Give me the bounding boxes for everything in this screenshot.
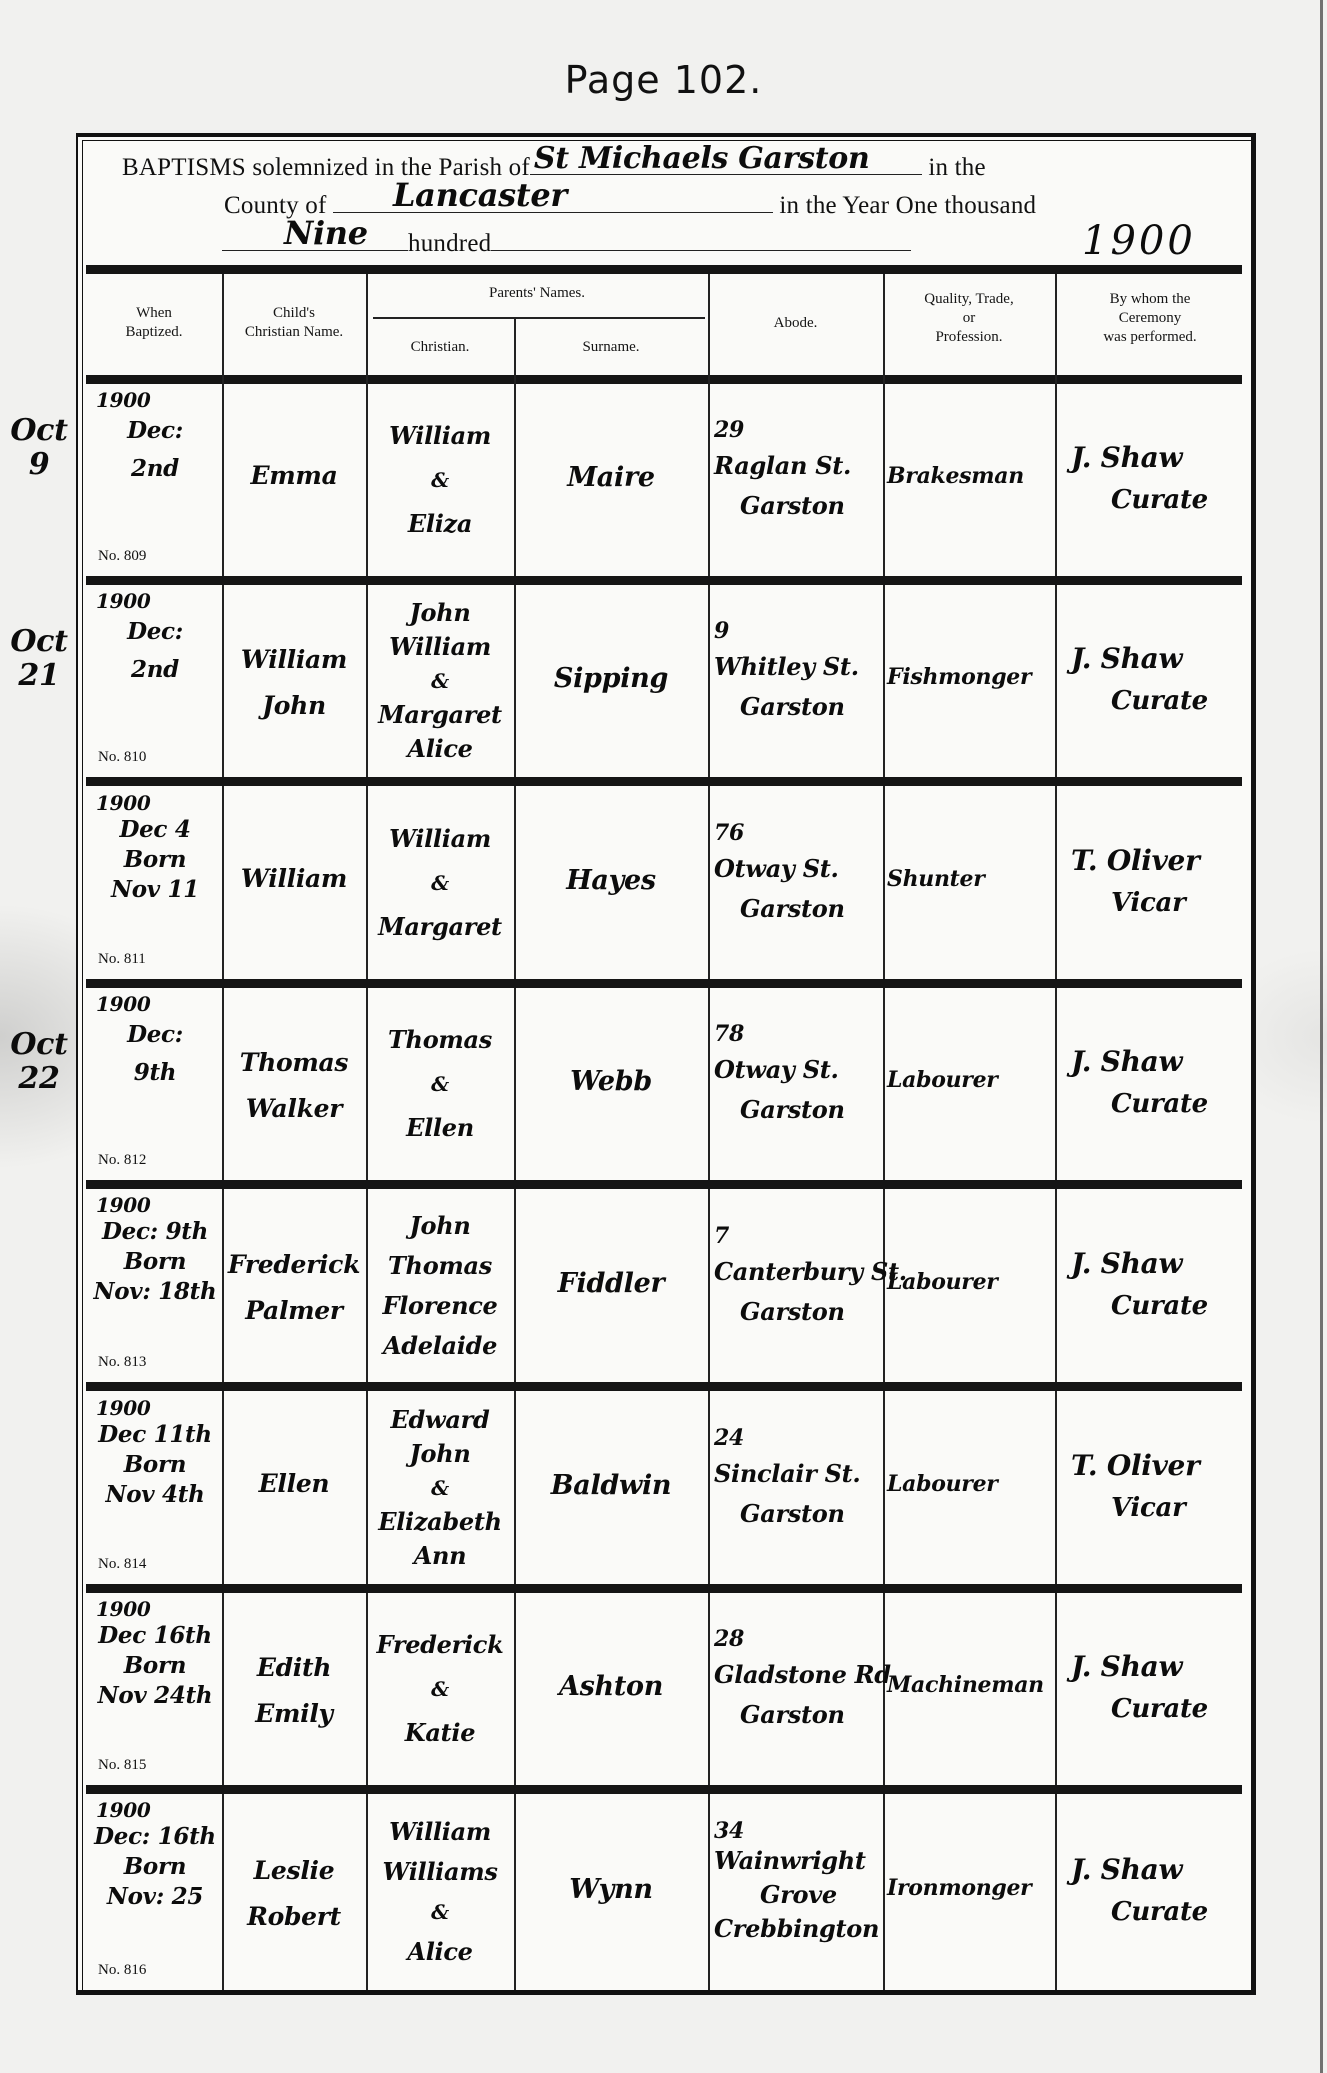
handwritten-line: Curate: [1057, 1689, 1250, 1729]
handwritten-line: Thomas: [368, 1018, 512, 1062]
cell-surname: Fiddler: [516, 1264, 706, 1304]
handwritten-line: Otway St.: [710, 849, 881, 889]
col-head-parents-surname: Surname.: [514, 338, 708, 357]
table-row: 1900Dec:9thNo. 812ThomasWalkerThomas&Ell…: [0, 988, 1327, 1180]
handwritten-line: J. Shaw: [1057, 1848, 1250, 1892]
column-header-rule: [86, 375, 1242, 384]
handwritten-line: Born: [90, 845, 220, 875]
handwritten-line: 1900: [90, 1798, 220, 1822]
handwritten-line: 9: [710, 615, 881, 647]
table-row: 1900Dec: 16thBornNov: 25No. 816LeslieRob…: [0, 1794, 1327, 1990]
handwritten-line: Thomas: [368, 1246, 512, 1286]
handwritten-line: Williams: [368, 1852, 512, 1892]
handwritten-line: Nov 4th: [90, 1480, 220, 1510]
cell-profession: Machineman: [885, 1665, 1053, 1705]
entry-number: No. 811: [98, 951, 146, 968]
col-head-performed-by: By whom the Ceremony was performed.: [1055, 290, 1245, 347]
handwritten-line: J. Shaw: [1057, 1645, 1250, 1689]
profession-text: Labourer: [885, 1060, 1053, 1100]
handwritten-line: Emma: [224, 456, 364, 496]
handwritten-line: 28: [710, 1623, 881, 1655]
row-separator-rule: [86, 576, 1242, 585]
col-head-parents-names: Parents' Names.: [366, 284, 708, 303]
cell-abode: 24Sinclair St.Garston: [710, 1422, 881, 1534]
margin-note-line: 22: [6, 1062, 72, 1096]
surname-text: Webb: [516, 1062, 706, 1102]
margin-note-line: 21: [6, 659, 72, 693]
cell-parents-christian: JohnThomasFlorenceAdelaide: [368, 1206, 512, 1366]
handwritten-line: Emily: [224, 1691, 364, 1737]
cell-abode: 9Whitley St.Garston: [710, 615, 881, 727]
handwritten-line: John: [368, 1206, 512, 1246]
handwritten-line: J. Shaw: [1057, 1040, 1250, 1084]
handwritten-line: Whitley St.: [710, 647, 881, 687]
handwritten-line: Nov: 18th: [90, 1277, 220, 1307]
cell-when-baptized: 1900Dec:2nd: [90, 589, 220, 689]
cell-profession: Fishmonger: [885, 657, 1053, 697]
handwritten-line: Ann: [368, 1539, 512, 1573]
cell-parents-christian: WilliamWilliams&Alice: [368, 1812, 512, 1972]
handwritten-line: Elizabeth: [368, 1505, 512, 1539]
surname-text: Maire: [516, 458, 706, 498]
cell-when-baptized: 1900Dec: 9thBornNov: 18th: [90, 1193, 220, 1307]
handwritten-line: 1900: [90, 1597, 220, 1621]
margin-note-line: Oct: [6, 414, 72, 448]
handwritten-line: Garston: [710, 1090, 881, 1130]
handwritten-line: J. Shaw: [1057, 1242, 1250, 1286]
cell-parents-christian: Frederick&Katie: [368, 1623, 512, 1755]
century-word: Nine: [284, 214, 368, 252]
entry-number: No. 816: [98, 1962, 146, 1979]
county-name: Lancaster: [393, 176, 567, 214]
cell-abode: 76Otway St.Garston: [710, 817, 881, 929]
handwritten-line: Walker: [224, 1086, 364, 1132]
handwritten-line: Sinclair St.: [710, 1454, 881, 1494]
cell-when-baptized: 1900Dec 11thBornNov 4th: [90, 1396, 220, 1510]
cell-when-baptized: 1900Dec 4BornNov 11: [90, 791, 220, 905]
handwritten-line: Robert: [224, 1894, 364, 1940]
handwritten-line: J. Shaw: [1057, 436, 1250, 480]
handwritten-line: William: [368, 414, 512, 458]
table-row: 1900Dec 16thBornNov 24thNo. 815EdithEmil…: [0, 1593, 1327, 1785]
profession-text: Ironmonger: [885, 1868, 1053, 1908]
cell-performed-by: J. ShawCurate: [1057, 637, 1250, 721]
cell-abode: 7Canterbury St.Garston: [710, 1220, 881, 1332]
cell-performed-by: J. ShawCurate: [1057, 1645, 1250, 1729]
cell-profession: Labourer: [885, 1262, 1053, 1302]
table-row: 1900Dec:2ndNo. 809EmmaWilliam&ElizaMaire…: [0, 384, 1327, 576]
handwritten-line: &: [368, 1471, 512, 1505]
cell-when-baptized: 1900Dec:9th: [90, 992, 220, 1092]
handwritten-line: 24: [710, 1422, 881, 1454]
entry-number: No. 814: [98, 1556, 146, 1573]
col-head-parents-christian: Christian.: [366, 338, 514, 357]
handwritten-line: Otway St.: [710, 1050, 881, 1090]
cell-surname: Ashton: [516, 1667, 706, 1707]
handwritten-line: 1900: [90, 1396, 220, 1420]
profession-text: Brakesman: [885, 456, 1053, 496]
col-head-profession: Quality, Trade, or Profession.: [883, 290, 1055, 347]
profession-text: Shunter: [885, 859, 1053, 899]
handwritten-line: Dec 11th: [90, 1420, 220, 1450]
cell-profession: Ironmonger: [885, 1868, 1053, 1908]
handwritten-line: Garston: [710, 687, 881, 727]
handwritten-line: Dec: 9th: [90, 1217, 220, 1247]
handwritten-line: Thomas: [224, 1040, 364, 1086]
handwritten-line: Born: [90, 1651, 220, 1681]
cell-performed-by: J. ShawCurate: [1057, 1848, 1250, 1932]
handwritten-line: 1900: [90, 589, 220, 613]
handwritten-line: John: [368, 596, 512, 630]
handwritten-line: Nov 11: [90, 875, 220, 905]
handwritten-line: 78: [710, 1018, 881, 1050]
handwritten-line: 1900: [90, 992, 220, 1016]
handwritten-line: Palmer: [224, 1288, 364, 1334]
handwritten-line: Wainwright: [710, 1844, 881, 1878]
parish-name: St Michaels Garston: [534, 141, 870, 176]
profession-text: Fishmonger: [885, 657, 1053, 697]
cell-profession: Brakesman: [885, 456, 1053, 496]
margin-note-line: Oct: [6, 625, 72, 659]
handwritten-line: Canterbury St.: [710, 1252, 881, 1292]
handwritten-line: John: [224, 683, 364, 729]
handwritten-line: Vicar: [1057, 1488, 1250, 1528]
margin-note-line: Oct: [6, 1028, 72, 1062]
cell-surname: Webb: [516, 1062, 706, 1102]
surname-text: Ashton: [516, 1667, 706, 1707]
heading-line-3: Ninehundred: [222, 228, 911, 258]
col-head-when-baptized: When Baptized.: [86, 304, 222, 342]
cell-when-baptized: 1900Dec: 16thBornNov: 25: [90, 1798, 220, 1912]
handwritten-line: Raglan St.: [710, 446, 881, 486]
handwritten-line: Curate: [1057, 1084, 1250, 1124]
hundred-field: [491, 228, 911, 251]
cell-performed-by: T. OliverVicar: [1057, 1444, 1250, 1528]
row-separator-rule: [86, 979, 1242, 988]
cell-performed-by: T. OliverVicar: [1057, 839, 1250, 923]
handwritten-line: Garston: [710, 486, 881, 526]
handwritten-line: William: [224, 859, 364, 899]
handwritten-line: Dec:: [90, 613, 220, 651]
handwritten-line: Eliza: [368, 502, 512, 546]
table-row: 1900Dec 4BornNov 11No. 811WilliamWilliam…: [0, 787, 1327, 979]
handwritten-line: Adelaide: [368, 1326, 512, 1366]
handwritten-line: T. Oliver: [1057, 1444, 1250, 1488]
handwritten-line: &: [368, 664, 512, 698]
surname-text: Fiddler: [516, 1264, 706, 1304]
cell-when-baptized: 1900Dec 16thBornNov 24th: [90, 1597, 220, 1711]
handwritten-line: William: [368, 1812, 512, 1852]
cell-surname: Hayes: [516, 861, 706, 901]
handwritten-line: 1900: [90, 388, 220, 412]
cell-parents-christian: EdwardJohn&ElizabethAnn: [368, 1403, 512, 1573]
handwritten-line: 76: [710, 817, 881, 849]
entry-number: No. 810: [98, 749, 146, 766]
surname-text: Hayes: [516, 861, 706, 901]
handwritten-line: Frederick: [224, 1242, 364, 1288]
handwritten-line: 9th: [90, 1054, 220, 1092]
cell-profession: Labourer: [885, 1060, 1053, 1100]
handwritten-line: William: [224, 637, 364, 683]
margin-note: Oct21: [6, 625, 72, 693]
table-row: 1900Dec:2ndNo. 810WilliamJohnJohnWilliam…: [0, 585, 1327, 777]
handwritten-line: Dec:: [90, 1016, 220, 1054]
handwritten-line: William: [368, 630, 512, 664]
handwritten-line: Garston: [710, 1494, 881, 1534]
handwritten-line: Alice: [368, 732, 512, 766]
row-separator-rule: [86, 777, 1242, 786]
cell-child-name: FrederickPalmer: [224, 1242, 364, 1334]
register-year: 1900: [1082, 218, 1196, 264]
handwritten-line: Margaret: [368, 698, 512, 732]
handwritten-line: Born: [90, 1852, 220, 1882]
profession-text: Labourer: [885, 1262, 1053, 1302]
handwritten-line: 29: [710, 414, 881, 446]
margin-note: Oct22: [6, 1028, 72, 1096]
profession-text: Machineman: [885, 1665, 1053, 1705]
row-separator-rule: [86, 1180, 1242, 1189]
handwritten-line: Nov: 25: [90, 1882, 220, 1912]
col-head-child-name: Child's Christian Name.: [222, 304, 366, 342]
handwritten-line: Edith: [224, 1645, 364, 1691]
handwritten-line: Dec 16th: [90, 1621, 220, 1651]
surname-text: Baldwin: [516, 1466, 706, 1506]
handwritten-line: Florence: [368, 1286, 512, 1326]
margin-note-line: 9: [6, 448, 72, 482]
margin-note: Oct9: [6, 414, 72, 482]
cell-parents-christian: JohnWilliam&MargaretAlice: [368, 596, 512, 766]
cell-child-name: EdithEmily: [224, 1645, 364, 1737]
cell-child-name: Emma: [224, 456, 364, 496]
handwritten-line: Curate: [1057, 480, 1250, 520]
handwritten-line: 2nd: [90, 651, 220, 689]
cell-abode: 28Gladstone RdGarston: [710, 1623, 881, 1735]
handwritten-line: Dec 4: [90, 815, 220, 845]
handwritten-line: 1900: [90, 791, 220, 815]
row-separator-rule: [86, 1584, 1242, 1593]
cell-surname: Baldwin: [516, 1466, 706, 1506]
cell-abode: 78Otway St.Garston: [710, 1018, 881, 1130]
cell-performed-by: J. ShawCurate: [1057, 436, 1250, 520]
handwritten-line: Alice: [368, 1932, 512, 1972]
cell-child-name: William: [224, 859, 364, 899]
table-row: 1900Dec 11thBornNov 4thNo. 814EllenEdwar…: [0, 1392, 1327, 1584]
cell-when-baptized: 1900Dec:2nd: [90, 388, 220, 488]
handwritten-line: J. Shaw: [1057, 637, 1250, 681]
handwritten-line: John: [368, 1437, 512, 1471]
handwritten-line: Born: [90, 1450, 220, 1480]
handwritten-line: T. Oliver: [1057, 839, 1250, 883]
handwritten-line: Grove: [710, 1878, 881, 1912]
col-head-abode: Abode.: [708, 314, 883, 333]
cell-surname: Maire: [516, 458, 706, 498]
cell-surname: Sipping: [516, 659, 706, 699]
surname-text: Wynn: [516, 1870, 706, 1910]
table-row: 1900Dec: 9thBornNov: 18thNo. 813Frederic…: [0, 1189, 1327, 1382]
handwritten-line: Curate: [1057, 681, 1250, 721]
row-separator-rule: [86, 1382, 1242, 1391]
handwritten-line: &: [368, 1667, 512, 1711]
handwritten-line: Born: [90, 1247, 220, 1277]
handwritten-line: William: [368, 817, 512, 861]
cell-profession: Labourer: [885, 1464, 1053, 1504]
handwritten-line: Vicar: [1057, 883, 1250, 923]
handwritten-line: Ellen: [224, 1464, 364, 1504]
handwritten-line: 7: [710, 1220, 881, 1252]
handwritten-line: Curate: [1057, 1286, 1250, 1326]
handwritten-line: Dec: 16th: [90, 1822, 220, 1852]
hundred-label: hundred: [408, 230, 491, 257]
handwritten-line: &: [368, 458, 512, 502]
handwritten-line: Garston: [710, 1292, 881, 1332]
handwritten-line: Nov 24th: [90, 1681, 220, 1711]
heading-suffix: in the: [928, 154, 985, 181]
handwritten-line: Crebbington: [710, 1912, 881, 1946]
entry-number: No. 809: [98, 548, 146, 565]
cell-profession: Shunter: [885, 859, 1053, 899]
handwritten-line: Leslie: [224, 1848, 364, 1894]
cell-child-name: WilliamJohn: [224, 637, 364, 729]
header-rule: [86, 265, 1242, 274]
cell-surname: Wynn: [516, 1870, 706, 1910]
handwritten-line: 34: [710, 1818, 881, 1844]
handwritten-line: Margaret: [368, 905, 512, 949]
county-field: Lancaster: [333, 190, 773, 213]
cell-performed-by: J. ShawCurate: [1057, 1242, 1250, 1326]
handwritten-line: Edward: [368, 1403, 512, 1437]
cell-parents-christian: William&Margaret: [368, 817, 512, 949]
cell-abode: 34WainwrightGroveCrebbington: [710, 1818, 881, 1946]
cell-child-name: Ellen: [224, 1464, 364, 1504]
profession-text: Labourer: [885, 1464, 1053, 1504]
handwritten-line: &: [368, 1062, 512, 1106]
handwritten-line: &: [368, 861, 512, 905]
cell-parents-christian: William&Eliza: [368, 414, 512, 546]
handwritten-line: Garston: [710, 1695, 881, 1735]
entry-number: No. 815: [98, 1757, 146, 1774]
handwritten-line: Katie: [368, 1711, 512, 1755]
handwritten-line: Frederick: [368, 1623, 512, 1667]
cell-performed-by: J. ShawCurate: [1057, 1040, 1250, 1124]
cell-parents-christian: Thomas&Ellen: [368, 1018, 512, 1150]
year-label: in the Year One thousand: [779, 192, 1036, 219]
parish-field: St Michaels Garston: [530, 152, 922, 175]
row-separator-rule: [86, 1785, 1242, 1794]
cell-abode: 29Raglan St.Garston: [710, 414, 881, 526]
handwritten-line: Garston: [710, 889, 881, 929]
entry-number: No. 813: [98, 1354, 146, 1371]
handwritten-line: Dec:: [90, 412, 220, 450]
handwritten-line: 2nd: [90, 450, 220, 488]
cell-child-name: ThomasWalker: [224, 1040, 364, 1132]
century-field: Nine: [222, 228, 408, 251]
parents-names-rule: [373, 317, 705, 319]
entry-number: No. 812: [98, 1152, 146, 1169]
handwritten-line: 1900: [90, 1193, 220, 1217]
cell-child-name: LeslieRobert: [224, 1848, 364, 1940]
handwritten-line: &: [368, 1892, 512, 1932]
page-number: Page 102.: [0, 58, 1327, 102]
surname-text: Sipping: [516, 659, 706, 699]
handwritten-line: Gladstone Rd: [710, 1655, 881, 1695]
handwritten-line: Curate: [1057, 1892, 1250, 1932]
handwritten-line: Ellen: [368, 1106, 512, 1150]
